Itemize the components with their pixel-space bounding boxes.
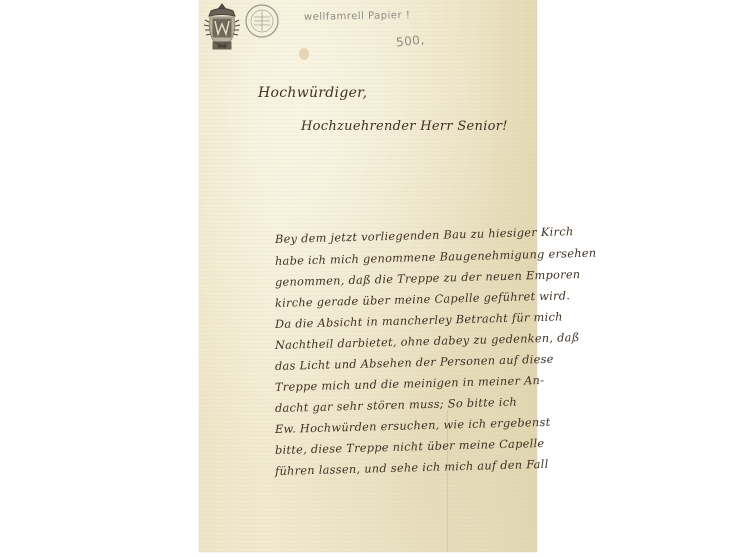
pencil-number: 500, <box>395 33 425 50</box>
paper-stain <box>299 48 309 60</box>
embossed-seal-icon: ☩☩ <box>203 2 241 52</box>
document-viewer: ☩☩ wellfamrell Papier ! 500, Hochwürdige… <box>0 0 740 557</box>
salutation: Hochwürdiger, <box>258 85 367 101</box>
address-line: Hochzuehrender Herr Senior! <box>301 119 508 134</box>
round-stamp-icon <box>244 3 280 39</box>
pencil-annotation: wellfamrell Papier ! <box>304 10 411 23</box>
svg-text:☩☩: ☩☩ <box>218 44 227 50</box>
